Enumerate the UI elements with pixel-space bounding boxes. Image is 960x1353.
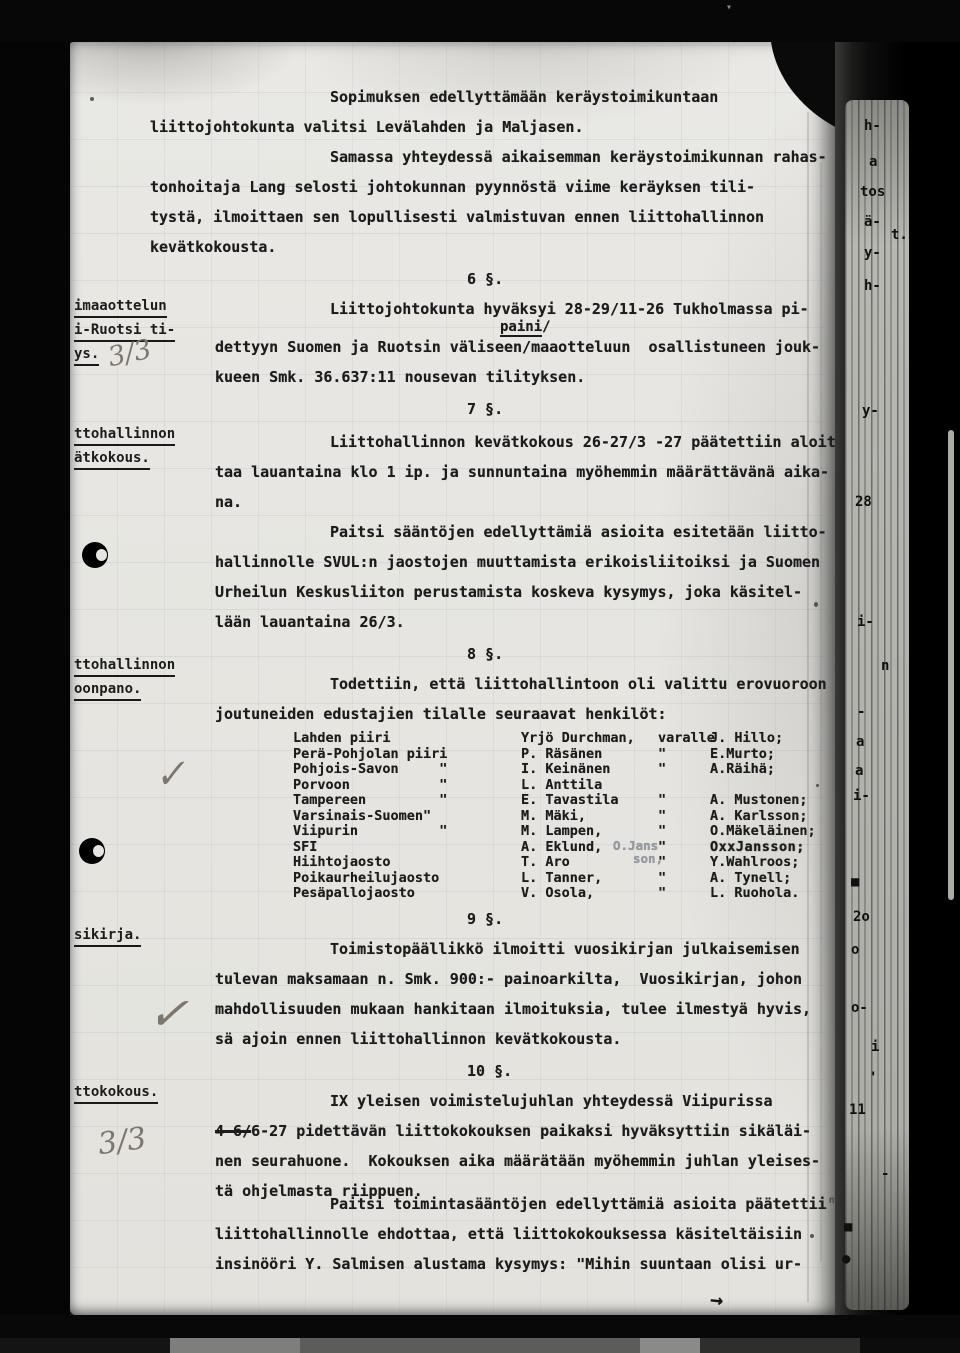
member-cell: M. Mäki, — [521, 809, 658, 825]
text-line: taa lauantaina klo 1 ip. ja sunnuntaina … — [215, 457, 835, 487]
deputy-cell: E.Murto; — [710, 747, 835, 763]
text-line: hallinnolle SVUL:n jaostojen muuttamista… — [215, 547, 835, 577]
section-heading-9: 9 §. — [467, 904, 835, 934]
ditto-cell: " — [658, 762, 710, 778]
deputy-cell: Y.Wahlroos; — [710, 855, 835, 871]
section-8: Todettiin, että liittohallintoon oli val… — [215, 669, 835, 902]
text-line: Urheilun Keskusliiton perustamista koske… — [215, 577, 835, 607]
deputy-cell: O.Mäkeläinen; — [710, 824, 835, 840]
member-cell: A. Eklund,O.Jansson, — [521, 840, 658, 856]
scan-border-top — [0, 0, 960, 42]
deputy-cell: A. Mustonen; — [710, 793, 835, 809]
ditto-cell: " — [658, 840, 710, 856]
district-cell: Pesäpallojaosto — [293, 886, 521, 902]
ditto-cell: " — [658, 824, 710, 840]
text-line: nen seurahuone. Kokouksen aika määrätään… — [215, 1146, 835, 1176]
handwritten-mark: ✓ — [146, 985, 190, 1044]
table-row: Lahden piiriYrjö Durchman,varalleJ. Hill… — [293, 731, 835, 747]
spine-page-edges — [845, 100, 909, 1310]
text-line: Samassa yhteydessä aikaisemman keräystoi… — [150, 142, 835, 172]
section-heading-8: 8 §. — [467, 639, 835, 669]
text-line: Todettiin, että liittohallintoon oli val… — [215, 669, 835, 699]
text-line: sä ajoin ennen liittohallinnon kevätkoko… — [215, 1024, 835, 1054]
ditto-cell: " — [658, 855, 710, 871]
scan-border-left — [0, 0, 70, 1353]
text-line: Paitsi sääntöjen edellyttämiä asioita es… — [215, 517, 835, 547]
text-line: kevätkokousta. — [150, 232, 835, 262]
faint-overstrike: n — [829, 1195, 835, 1206]
handwritten-mark: ✓ — [152, 750, 188, 797]
ditto-cell: varalle — [658, 731, 710, 747]
section-6: Liittojohtokunta hyväksyi 28-29/11-26 Tu… — [215, 294, 835, 392]
deputy-cell: J. Hillo; — [710, 731, 835, 747]
text-line: tulevan maksamaan n. Smk. 900:- painoark… — [215, 964, 835, 994]
deputy-cell: A. Karlsson; — [710, 809, 835, 825]
spine-highlight — [948, 430, 954, 900]
scanned-document-photo: Sopimuksen edellyttämään keräystoimikunt… — [0, 0, 960, 1353]
district-cell: Viipurin " — [293, 824, 521, 840]
district-cell: SFI — [293, 840, 521, 856]
district-cell: Lahden piiri — [293, 731, 521, 747]
hole-punch-top — [82, 542, 108, 568]
intro-paragraph: Sopimuksen edellyttämään keräystoimikunt… — [150, 82, 835, 262]
text-line: mahdollisuuden mukaan hankitaan ilmoituk… — [215, 994, 835, 1024]
member-cell: I. Keinänen — [521, 762, 658, 778]
district-cell: Pohjois-Savon " — [293, 762, 521, 778]
text-line: IX yleisen voimistelujuhlan yhteydessä V… — [215, 1086, 835, 1116]
text-part-struck: 4-6/ — [215, 1122, 251, 1140]
text-line: Sopimuksen edellyttämään keräystoimikunt… — [150, 82, 835, 112]
text-line: dettyyn Suomen ja Ruotsin väliseen/maaot… — [215, 332, 835, 362]
member-cell: P. Räsänen — [521, 747, 658, 763]
text-line: Liittohallinnon kevätkokous 26-27/3 -27 … — [215, 424, 835, 457]
text-line: liittohallinnolle ehdottaa, että liittok… — [215, 1219, 835, 1249]
district-cell: Tampereen " — [293, 793, 521, 809]
table-row: PoikaurheilujaostoL. Tanner,"A. Tynell; — [293, 871, 835, 887]
table-row: Pohjois-Savon "I. Keinänen"A.Räihä; — [293, 762, 835, 778]
section-heading-6: 6 §. — [467, 264, 835, 294]
table-row: Perä-Pohjolan piiriP. Räsänen"E.Murto; — [293, 747, 835, 763]
section-9: Toimistopäällikkö ilmoitti vuosikirjan j… — [215, 934, 835, 1054]
deputy-cell: A. Tynell; — [710, 871, 835, 887]
member-cell: T. Aro — [521, 855, 658, 871]
ink-speck — [814, 602, 818, 607]
ditto-cell: " — [658, 793, 710, 809]
text-line: na. — [215, 487, 835, 517]
ink-speck — [816, 784, 819, 787]
ink-speck — [90, 97, 94, 101]
member-cell: L. Anttila — [521, 778, 658, 794]
text-line: tonhoitaja Lang selosti johtokunnan pyyn… — [150, 172, 835, 202]
table-row: Porvoon "L. Anttila — [293, 778, 835, 794]
hole-punch-bottom — [79, 838, 105, 864]
text-line: lään lauantaina 26/3. — [215, 607, 835, 637]
scan-page: Sopimuksen edellyttämään keräystoimikunt… — [70, 42, 835, 1315]
text-line: tystä, ilmoittaen sen lopullisesti valmi… — [150, 202, 835, 232]
member-cell: L. Tanner, — [521, 871, 658, 887]
ditto-cell: " — [658, 747, 710, 763]
member-cell: E. Tavastila — [521, 793, 658, 809]
handwritten-mark: 3/3 — [96, 1121, 149, 1162]
text-part: 6-27 pidettävän liittokokouksen paikaksi… — [251, 1122, 811, 1140]
ditto-cell — [658, 778, 710, 794]
text-line: joutuneiden edustajien tilalle seuraavat… — [215, 699, 835, 729]
text-line: kueen Smk. 36.637:11 nousevan tilityksen… — [215, 362, 835, 392]
district-cell: Perä-Pohjolan piiri — [293, 747, 521, 763]
deputy-cell: L. Ruohola. — [710, 886, 835, 902]
table-row: Varsinais-Suomen"M. Mäki,"A. Karlsson; — [293, 809, 835, 825]
section-heading-7: 7 §. — [467, 394, 835, 424]
table-row: Tampereen "E. Tavastila"A. Mustonen; — [293, 793, 835, 809]
member-cell: Yrjö Durchman, — [521, 731, 658, 747]
ditto-cell: " — [658, 871, 710, 887]
table-row: HiihtojaostoT. Aro"Y.Wahlroos; — [293, 855, 835, 871]
text-line: insinööri Y. Salmisen alustama kysymys: … — [215, 1249, 835, 1279]
district-cell: Poikaurheilujaosto — [293, 871, 521, 887]
page-crease — [807, 112, 809, 1302]
table-row: PesäpallojaostoV. Osola,"L. Ruohola. — [293, 886, 835, 902]
ink-speck — [810, 1234, 814, 1238]
document-flow: Sopimuksen edellyttämään keräystoimikunt… — [70, 42, 835, 1279]
page-crease-2 — [820, 162, 822, 1262]
book-spine — [835, 0, 960, 1353]
district-cell: Porvoon " — [293, 778, 521, 794]
committee-table: Lahden piiriYrjö Durchman,varalleJ. Hill… — [293, 731, 835, 902]
ditto-cell: " — [658, 809, 710, 825]
district-cell: Varsinais-Suomen" — [293, 809, 521, 825]
ditto-cell: " — [658, 886, 710, 902]
district-cell: Hiihtojaosto — [293, 855, 521, 871]
deputy-cell: OxxJansson; — [710, 840, 835, 856]
deputy-cell: A.Räihä; — [710, 762, 835, 778]
member-cell: V. Osola, — [521, 886, 658, 902]
scan-border-bottom — [0, 1315, 960, 1338]
text-line: liittojohtokunta valitsi Levälahden ja M… — [150, 112, 835, 142]
table-row: SFIA. Eklund,O.Jansson,"OxxJansson; — [293, 840, 835, 856]
section-7: Liittohallinnon kevätkokous 26-27/3 -27 … — [215, 424, 835, 637]
text-line: Toimistopäällikkö ilmoitti vuosikirjan j… — [215, 934, 835, 964]
table-row: Viipurin "M. Lampen,"O.Mäkeläinen; — [293, 824, 835, 840]
text-line: 4-6/6-27 pidettävän liittokokouksen paik… — [215, 1116, 835, 1146]
scan-table-edge — [0, 1338, 960, 1353]
section-heading-10: 10 §. — [467, 1056, 835, 1086]
continuation-arrow: → — [709, 1287, 725, 1313]
